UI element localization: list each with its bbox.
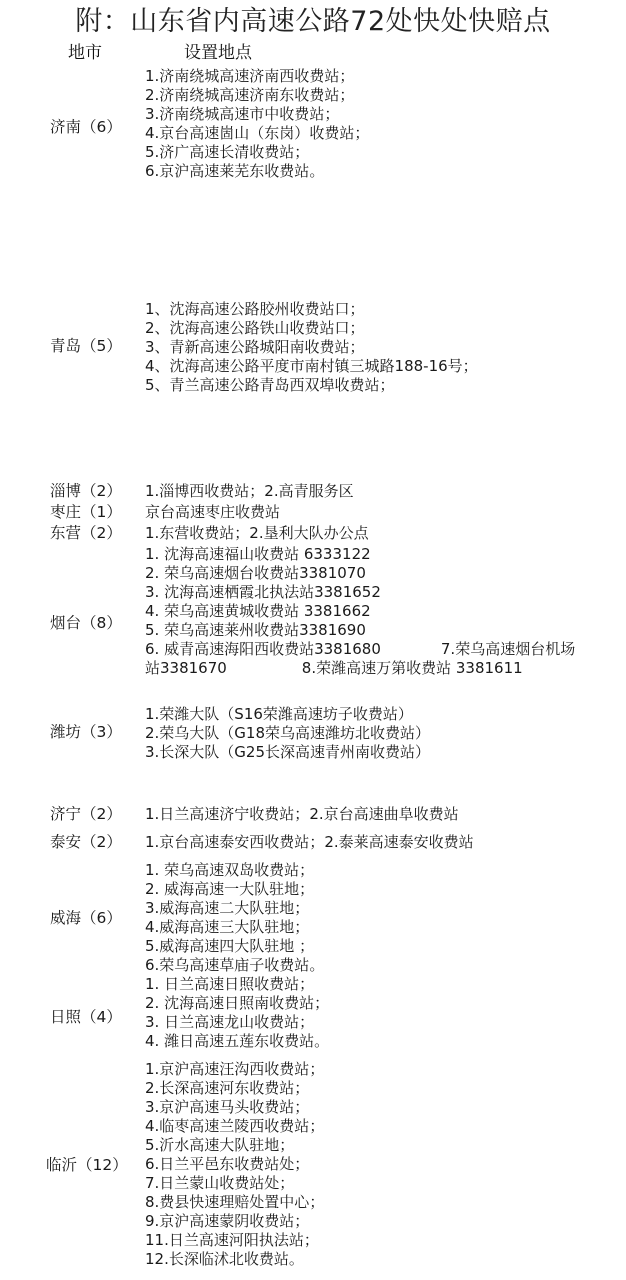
location-list-weifang: 1.荣潍大队（S16荣潍高速坊子收费站） 2.荣乌大队（G18荣乌高速潍坊北收费…: [145, 705, 430, 762]
list-item: 4、沈海高速公路平度市南村镇三城路188-16号；: [145, 357, 478, 376]
location-list-rizhao: 1. 日兰高速日照收费站； 2. 沈海高速日照南收费站； 3. 日兰高速龙山收费…: [145, 975, 329, 1051]
list-item: 6. 威青高速海阳西收费站3381680 7.荣乌高速烟台机场站3381670 …: [145, 640, 585, 678]
city-label-zibo: 淄博（2）: [50, 482, 122, 501]
list-item: 4.威海高速三大队驻地；: [145, 918, 324, 937]
list-item: 5.威海高速四大队驻地 ；: [145, 937, 324, 956]
city-label-jinan: 济南（6）: [50, 118, 122, 137]
list-item: 12.长深临沭北收费站。: [145, 1250, 324, 1269]
list-item: 4. 潍日高速五莲东收费站。: [145, 1032, 329, 1051]
city-label-zaozhuang: 枣庄（1）: [50, 503, 122, 522]
list-item: 1.京沪高速汪沟西收费站；: [145, 1060, 324, 1079]
location-list-jinan: 1.济南绕城高速济南西收费站； 2.济南绕城高速济南东收费站； 3.济南绕城高速…: [145, 67, 369, 181]
list-item: 2、沈海高速公路铁山收费站口；: [145, 319, 478, 338]
location-list-linyi: 1.京沪高速汪沟西收费站； 2.长深高速河东收费站； 3.京沪高速马头收费站； …: [145, 1060, 324, 1269]
list-item: 7.日兰蒙山收费站处；: [145, 1174, 324, 1193]
location-list-dongying: 1.东营收费站；2.垦利大队办公点: [145, 524, 369, 543]
city-label-yantai: 烟台（8）: [50, 614, 122, 633]
city-label-jining: 济宁（2）: [50, 805, 122, 824]
list-item: 1. 沈海高速福山收费站 6333122: [145, 545, 585, 564]
list-item: 1. 日兰高速日照收费站；: [145, 975, 329, 994]
list-item: 2. 荣乌高速烟台收费站3381070: [145, 564, 585, 583]
list-item: 9.京沪高速蒙阴收费站；: [145, 1212, 324, 1231]
column-header-city: 地市: [68, 42, 102, 64]
list-item: 2. 沈海高速日照南收费站；: [145, 994, 329, 1013]
city-label-qingdao: 青岛（5）: [50, 337, 122, 356]
document-title: 附：山东省内高速公路72处快处快赔点: [0, 4, 626, 40]
list-item: 1. 荣乌高速双岛收费站；: [145, 861, 324, 880]
list-item: 1.京台高速泰安西收费站；2.泰莱高速泰安收费站: [145, 833, 474, 852]
list-item: 1.东营收费站；2.垦利大队办公点: [145, 524, 369, 543]
list-item: 2.济南绕城高速济南东收费站；: [145, 86, 369, 105]
location-list-taian: 1.京台高速泰安西收费站；2.泰莱高速泰安收费站: [145, 833, 474, 852]
location-list-yantai: 1. 沈海高速福山收费站 6333122 2. 荣乌高速烟台收费站3381070…: [145, 545, 585, 678]
location-list-jining: 1.日兰高速济宁收费站；2.京台高速曲阜收费站: [145, 805, 459, 824]
list-item: 1.济南绕城高速济南西收费站；: [145, 67, 369, 86]
list-item: 2.荣乌大队（G18荣乌高速潍坊北收费站）: [145, 724, 430, 743]
list-item: 3.京沪高速马头收费站；: [145, 1098, 324, 1117]
list-item: 5.沂水高速大队驻地；: [145, 1136, 324, 1155]
city-label-dongying: 东营（2）: [50, 524, 122, 543]
list-item: 4. 荣乌高速黄城收费站 3381662: [145, 602, 585, 621]
list-item: 3.长深大队（G25长深高速青州南收费站）: [145, 743, 430, 762]
city-label-taian: 泰安（2）: [50, 833, 122, 852]
city-label-weihai: 威海（6）: [50, 909, 122, 928]
list-item: 2. 威海高速一大队驻地；: [145, 880, 324, 899]
list-item: 3.济南绕城高速市中收费站；: [145, 105, 369, 124]
list-item: 1、沈海高速公路胶州收费站口；: [145, 300, 478, 319]
list-item: 2.长深高速河东收费站；: [145, 1079, 324, 1098]
list-item: 6.日兰平邑东收费站处；: [145, 1155, 324, 1174]
list-item: 1.日兰高速济宁收费站；2.京台高速曲阜收费站: [145, 805, 459, 824]
list-item: 4.临枣高速兰陵西收费站；: [145, 1117, 324, 1136]
list-item: 5. 荣乌高速莱州收费站3381690: [145, 621, 585, 640]
location-list-qingdao: 1、沈海高速公路胶州收费站口； 2、沈海高速公路铁山收费站口； 3、青新高速公路…: [145, 300, 478, 395]
list-item: 1.淄博西收费站；2.高青服务区: [145, 482, 354, 501]
city-label-rizhao: 日照（4）: [50, 1008, 122, 1027]
list-item: 京台高速枣庄收费站: [145, 503, 280, 522]
location-list-zibo: 1.淄博西收费站；2.高青服务区: [145, 482, 354, 501]
list-item: 6.荣乌高速草庙子收费站。: [145, 956, 324, 975]
column-header-location: 设置地点: [184, 42, 252, 64]
list-item: 3. 沈海高速栖霞北执法站3381652: [145, 583, 585, 602]
list-item: 6.京沪高速莱芜东收费站。: [145, 162, 369, 181]
city-label-weifang: 潍坊（3）: [50, 723, 122, 742]
list-item: 3、青新高速公路城阳南收费站；: [145, 338, 478, 357]
list-item: 1.荣潍大队（S16荣潍高速坊子收费站）: [145, 705, 430, 724]
list-item: 5、青兰高速公路青岛西双埠收费站；: [145, 376, 478, 395]
list-item: 11.日兰高速河阳执法站；: [145, 1231, 324, 1250]
list-item: 4.京台高速崮山（东岗）收费站；: [145, 124, 369, 143]
location-list-weihai: 1. 荣乌高速双岛收费站； 2. 威海高速一大队驻地； 3.威海高速二大队驻地；…: [145, 861, 324, 975]
list-item: 8.费县快速理赔处置中心；: [145, 1193, 324, 1212]
list-item: 5.济广高速长清收费站；: [145, 143, 369, 162]
list-item: 3. 日兰高速龙山收费站；: [145, 1013, 329, 1032]
city-label-linyi: 临沂（12）: [46, 1156, 128, 1175]
list-item: 3.威海高速二大队驻地；: [145, 899, 324, 918]
location-list-zaozhuang: 京台高速枣庄收费站: [145, 503, 280, 522]
